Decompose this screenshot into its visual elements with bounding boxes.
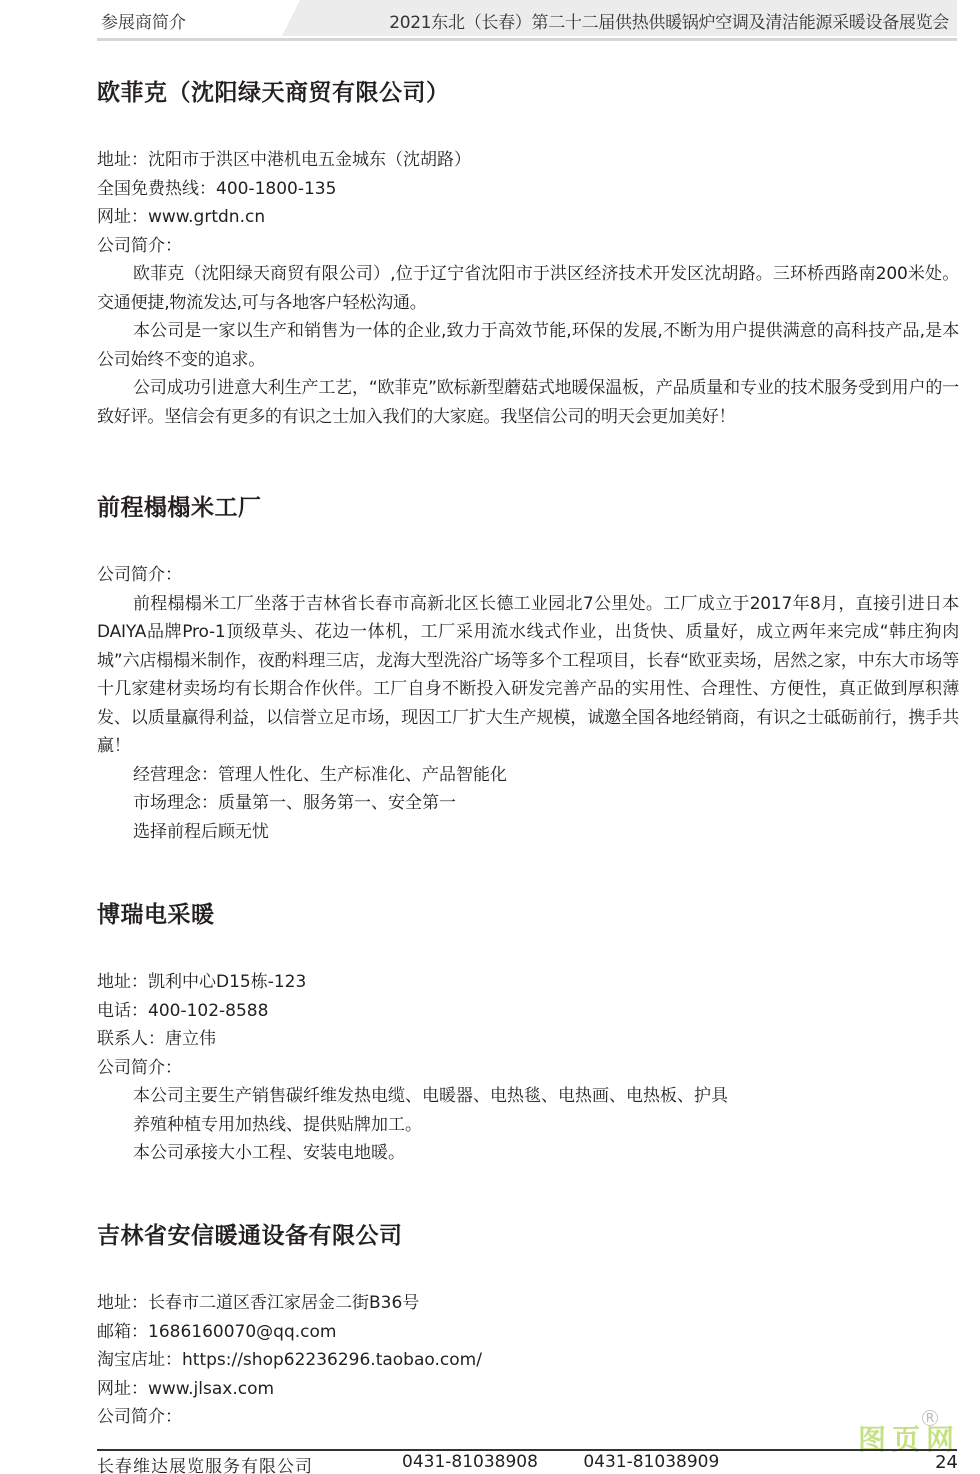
address-value: 沈阳市于洪区中港机电五金城东（沈胡路） [148,150,471,170]
taobao-line: 淘宝店址：https://shop62236296.taobao.com/ [97,1346,959,1375]
hotline-value: 400-1800-135 [216,179,336,199]
company-name: 欧菲克（沈阳绿天商贸有限公司） [97,78,959,108]
address-line: 地址：凯利中心D15栋-123 [97,968,959,997]
intro-paragraph: 本公司是一家以生产和销售为一体的企业,致力于高效节能,环保的发展,不断为用户提供… [97,317,959,374]
company-entry-qiancheng: 前程榻榻米工厂 公司简介： 前程榻榻米工厂坐落于吉林省长春市高新北区长德工业园北… [97,493,959,846]
email-line: 邮箱：1686160070@qq.com [97,1318,959,1347]
phone-value: 400-102-8588 [148,1001,268,1021]
intro-label: 公司简介： [97,561,959,590]
hotline-line: 全国免费热线：400-1800-135 [97,175,959,204]
address-label: 地址： [97,1293,148,1313]
slogan: 选择前程后顾无忧 [97,818,959,847]
business-philosophy: 经营理念：管理人性化、生产标准化、产品智能化 [97,761,959,790]
address-value: 长春市二道区香江家居金二街B36号 [148,1293,419,1313]
company-entry-borui: 博瑞电采暖 地址：凯利中心D15栋-123 电话：400-102-8588 联系… [97,900,959,1168]
footer-phone: 0431-81038908 [402,1452,538,1472]
exhibition-title: 2021东北（长春）第二十二届供热供暖锅炉空调及清洁能源采暖设备展览会 [389,8,949,33]
company-name: 博瑞电采暖 [97,900,959,930]
intro-paragraph: 前程榻榻米工厂坐落于吉林省长春市高新北区长德工业园北7公里处。工厂成立于2017… [97,590,959,761]
address-line: 地址：沈阳市于洪区中港机电五金城东（沈胡路） [97,146,959,175]
contact-value: 唐立伟 [165,1029,216,1049]
website-line: 网址：www.grtdn.cn [97,203,959,232]
website-label: 网址： [97,207,148,227]
section-title: 参展商简介 [101,8,186,33]
company-name: 前程榻榻米工厂 [97,493,959,523]
company-name: 吉林省安信暖通设备有限公司 [97,1221,959,1251]
page-header: 参展商简介 2021东北（长春）第二十二届供热供暖锅炉空调及清洁能源采暖设备展览… [97,0,957,38]
hotline-label: 全国免费热线： [97,179,216,199]
website-label: 网址： [97,1379,148,1399]
address-line: 地址：长春市二道区香江家居金二街B36号 [97,1289,959,1318]
intro-paragraph: 公司成功引进意大利生产工艺，“欧菲克”欧标新型蘑菇式地暖保温板，产品质量和专业的… [97,374,959,431]
header-divider [97,38,957,41]
company-entry-anxin: 吉林省安信暖通设备有限公司 地址：长春市二道区香江家居金二街B36号 邮箱：16… [97,1221,959,1432]
intro-line: 养殖种植专用加热线、提供贴牌加工。 [97,1111,959,1140]
footer-organizer: 长春维达展览服务有限公司 [97,1452,313,1474]
intro-label: 公司简介： [97,1054,959,1083]
footer-phones: 0431-81038908 0431-81038909 [402,1452,741,1472]
address-value: 凯利中心D15栋-123 [148,972,306,992]
website-value: www.jlsax.com [148,1379,274,1399]
address-label: 地址： [97,972,148,992]
footer-divider [97,1449,957,1451]
phone-line: 电话：400-102-8588 [97,997,959,1026]
phone-label: 电话： [97,1001,148,1021]
taobao-value: https://shop62236296.taobao.com/ [182,1350,482,1370]
contact-label: 联系人： [97,1029,165,1049]
footer-phone: 0431-81038909 [583,1452,719,1472]
contact-line: 联系人：唐立伟 [97,1025,959,1054]
page-number: 24 [935,1452,958,1473]
intro-line: 本公司主要生产销售碳纤维发热电缆、电暖器、电热毯、电热画、电热板、护具 [97,1082,959,1111]
market-philosophy: 市场理念：质量第一、服务第一、安全第一 [97,789,959,818]
website-value: www.grtdn.cn [148,207,265,227]
address-label: 地址： [97,150,148,170]
taobao-label: 淘宝店址： [97,1350,182,1370]
intro-label: 公司简介： [97,232,959,261]
intro-line: 本公司承接大小工程、安装电地暖。 [97,1139,959,1168]
email-label: 邮箱： [97,1322,148,1342]
company-entry-ofeike: 欧菲克（沈阳绿天商贸有限公司） 地址：沈阳市于洪区中港机电五金城东（沈胡路） 全… [97,78,959,431]
website-line: 网址：www.jlsax.com [97,1375,959,1404]
email-value: 1686160070@qq.com [148,1322,336,1342]
intro-paragraph: 欧菲克（沈阳绿天商贸有限公司）,位于辽宁省沈阳市于洪区经济技术开发区沈胡路。三环… [97,260,959,317]
intro-label: 公司简介： [97,1403,959,1432]
